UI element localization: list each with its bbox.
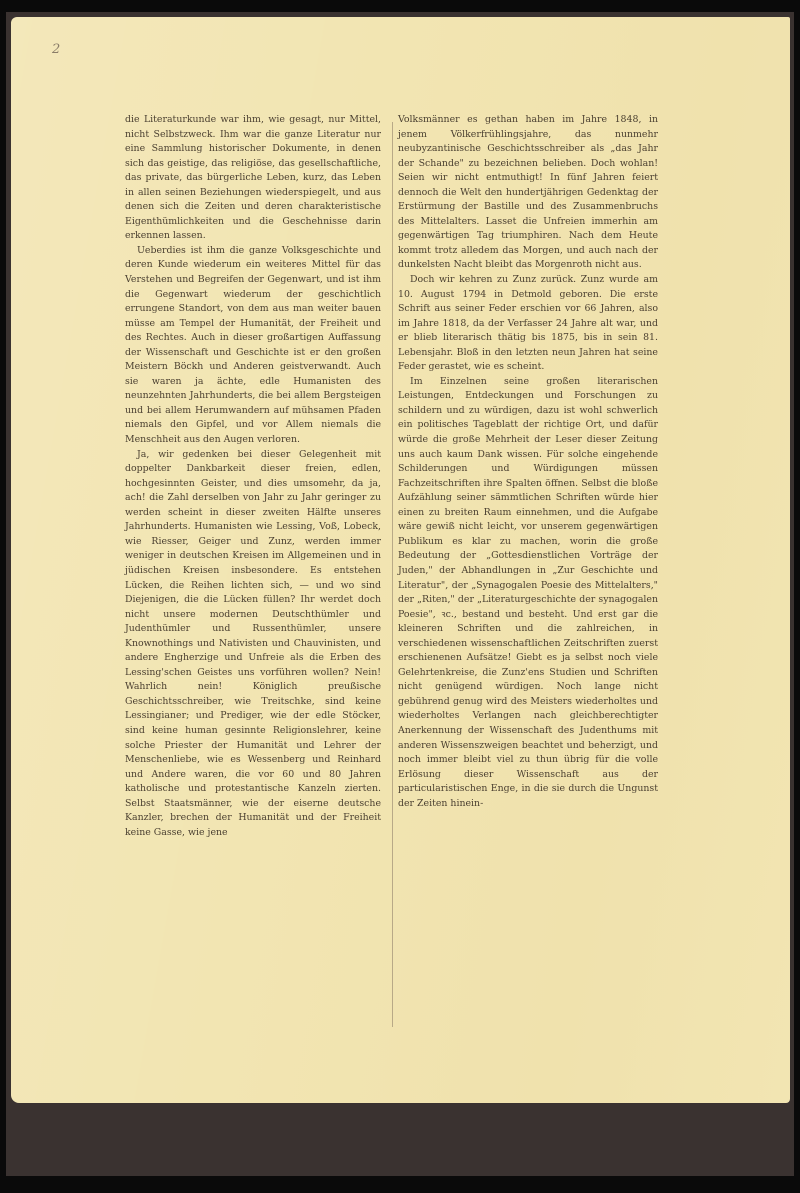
paragraph: Ja, wir gedenken bei dieser Gelegenheit …: [125, 448, 381, 841]
paragraph: Volksmänner es gethan haben im Jahre 184…: [398, 113, 658, 273]
paragraph: Im Einzelnen seine großen literarischen …: [398, 375, 658, 811]
paragraph: Ueberdies ist ihm die ganze Volksgeschic…: [125, 244, 381, 448]
paragraph: Doch wir kehren zu Zunz zurück. Zunz wur…: [398, 273, 658, 375]
left-column: die Literaturkunde war ihm, wie gesagt, …: [125, 113, 381, 840]
paragraph: die Literaturkunde war ihm, wie gesagt, …: [125, 113, 381, 244]
scan-frame: 2 die Literaturkunde war ihm, wie gesagt…: [0, 0, 800, 1193]
handwritten-page-number: 2: [52, 42, 60, 57]
right-column: Volksmänner es gethan haben im Jahre 184…: [398, 113, 658, 811]
column-divider: [392, 122, 393, 1027]
